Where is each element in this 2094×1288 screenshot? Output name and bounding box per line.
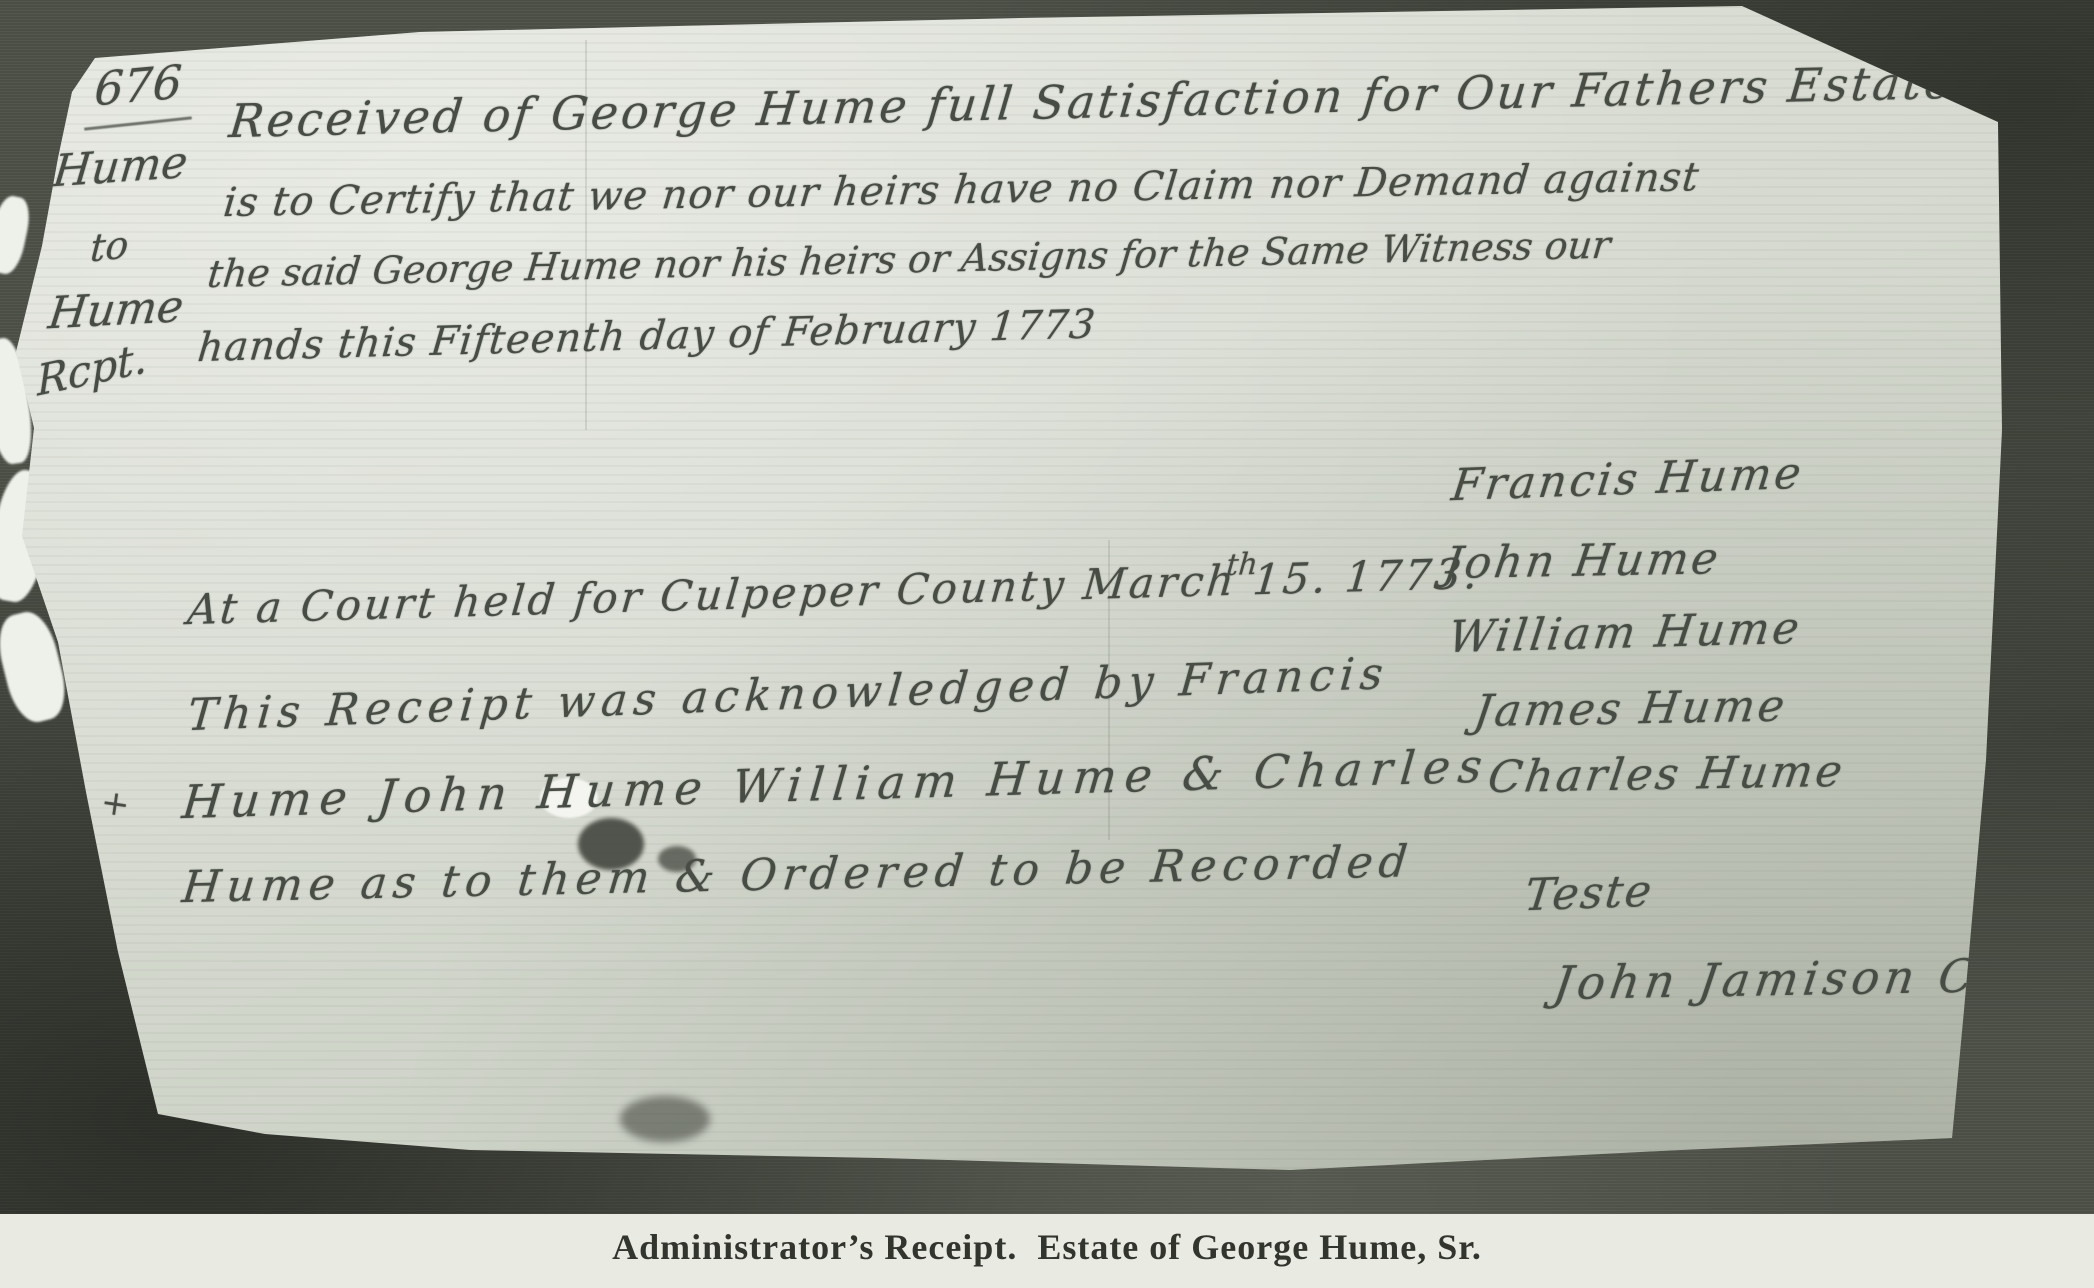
court-order-line: Hume as to them & Ordered to be Recorded (180, 836, 1416, 913)
clerk-signature: John Jamison Clk (1550, 948, 2035, 1010)
signature: Charles Hume (1485, 746, 1849, 803)
margin-party-to: Hume (46, 281, 187, 339)
photo-caption: Administrator’s Receipt. Estate of Georg… (0, 1226, 2094, 1268)
receipt-paper: 676 Hume to Hume Rcpt. + Received of Geo… (0, 0, 2094, 1214)
receipt-line: hands this Fifteenth day of February 177… (196, 301, 1098, 371)
ink-mark: + (98, 782, 132, 826)
court-date-superscript: th (1225, 547, 1259, 583)
torn-paper-edge (0, 193, 34, 276)
receipt-line: the said George Hume nor his heirs or As… (206, 223, 1613, 296)
court-order-line: Hume John Hume William Hume & Charles (180, 738, 1493, 829)
margin-docket-number: 676 (93, 54, 183, 116)
signature: William Hume (1445, 603, 1805, 663)
margin-doc-type: Rcpt. (36, 333, 148, 406)
court-heading-line: At a Court held for Culpeper County Marc… (185, 549, 1482, 634)
margin-connector: to (89, 222, 130, 271)
attestation-teste: Teste (1522, 866, 1656, 922)
signature: John Hume (1441, 533, 1724, 589)
signature: Francis Hume (1449, 448, 1807, 512)
signature: James Hume (1471, 681, 1791, 738)
margin-party-from: Hume (51, 137, 191, 198)
receipt-line: is to Certify that we nor our heirs have… (221, 154, 1702, 226)
receipt-line: Received of George Hume full Satisfactio… (227, 51, 2094, 148)
margin-underline (84, 116, 192, 130)
court-order-line: This Receipt was acknowledged by Francis (186, 648, 1391, 741)
document-photograph: 676 Hume to Hume Rcpt. + Received of Geo… (0, 0, 2094, 1214)
ink-blot (620, 1096, 710, 1142)
